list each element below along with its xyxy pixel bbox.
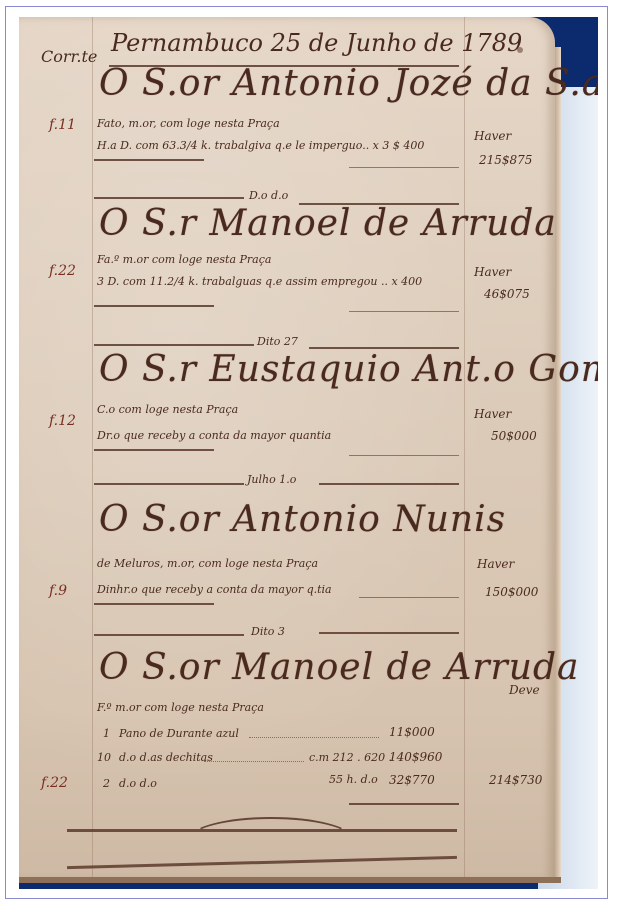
entry-amount: 46$075 [484, 287, 530, 301]
ledger-page: Corr.te Pernambuco 25 de Junho de 1789 O… [19, 17, 555, 881]
item-qty: 2 [103, 777, 110, 790]
date-rule-left [94, 197, 244, 199]
entry-rule [349, 167, 459, 168]
entry-underline [94, 305, 214, 307]
total-rule [349, 803, 459, 805]
entry-line2: Dr.o que receby a conta da mayor quantia [97, 429, 331, 442]
entry-name: O S.or Manoel de Arruda [99, 647, 579, 688]
date-rule-right [319, 483, 459, 485]
entry-line1: Fato, m.or, com loge nesta Praça [97, 117, 280, 130]
entry-line1: F.º m.or com loge nesta Praça [97, 701, 264, 714]
entry-folio: f.22 [49, 263, 76, 279]
page-bottom-edge [19, 877, 561, 883]
entry-line1: Fa.º m.or com loge nesta Praça [97, 253, 271, 266]
entry-folio: f.12 [49, 413, 76, 429]
page-edge [555, 47, 561, 881]
margin-rule-amount [464, 17, 465, 881]
item-qty: 10 [97, 751, 111, 764]
entry-side-label: Haver [474, 129, 511, 143]
entry-name: O S.r Eustaquio Ant.o Gom.s [99, 349, 598, 390]
date-separator: Julho 1.o [247, 473, 296, 486]
entry-name: O S.r Manoel de Arruda [99, 203, 557, 244]
entry-amount: 50$000 [491, 429, 537, 443]
item-desc: d.o d.as dechitas [119, 751, 213, 764]
ledger-photo: Corr.te Pernambuco 25 de Junho de 1789 O… [19, 17, 598, 889]
entry-total: 214$730 [489, 773, 542, 787]
entry-folio: f.11 [49, 117, 76, 133]
item-detail: c.m 212 . 620 . [309, 751, 392, 764]
entry-name: O S.or Antonio Jozé da S.a [99, 63, 598, 104]
entry-underline [94, 159, 204, 161]
header-prefix: Corr.te [41, 47, 97, 66]
entry-amount: 150$000 [485, 585, 538, 599]
item-qty: 1 [103, 727, 110, 740]
closing-flourish [189, 817, 353, 861]
item-detail: 55 h. d.o [329, 773, 378, 786]
date-rule-right [319, 632, 459, 634]
entry-amount: 215$875 [479, 153, 532, 167]
date-rule-left [94, 344, 254, 346]
date-rule-left [94, 634, 244, 636]
entry-rule [349, 311, 459, 312]
entry-line1: de Meluros, m.or, com loge nesta Praça [97, 557, 318, 570]
item-desc: Pano de Durante azul [119, 727, 239, 740]
margin-rule-left [92, 17, 93, 881]
entry-side-label: Haver [474, 407, 511, 421]
date-separator: Dito 3 [251, 625, 285, 638]
item-value: 32$770 [389, 773, 435, 787]
entry-rule [359, 597, 459, 598]
entry-side-label: Deve [509, 683, 540, 697]
entry-underline [94, 603, 214, 605]
item-desc: d.o d.o [119, 777, 157, 790]
entry-side-label: Haver [474, 265, 511, 279]
item-value: 11$000 [389, 725, 435, 739]
date-separator: Dito 27 [257, 335, 298, 348]
entry-line2: Dinhr.o que receby a conta da mayor q.ti… [97, 583, 332, 596]
item-leader [204, 761, 304, 762]
entry-rule [349, 455, 459, 456]
item-leader [249, 737, 379, 738]
entry-line2: H.a D. com 63.3/4 k. trabalgiva q.e le i… [97, 139, 424, 152]
entry-folio: f.22 [41, 775, 68, 791]
date-rule-left [94, 483, 244, 485]
entry-name: O S.or Antonio Nunis [99, 499, 506, 540]
header-title: Pernambuco 25 de Junho de 1789 [111, 29, 522, 57]
item-value: 140$960 [389, 750, 442, 764]
date-separator: D.o d.o [249, 189, 288, 202]
entry-line1: C.o com loge nesta Praça [97, 403, 238, 416]
entry-underline [94, 449, 214, 451]
entry-side-label: Haver [477, 557, 514, 571]
entry-line2: 3 D. com 11.2/4 k. trabalguas q.e assim … [97, 275, 422, 288]
entry-folio: f.9 [49, 583, 67, 599]
